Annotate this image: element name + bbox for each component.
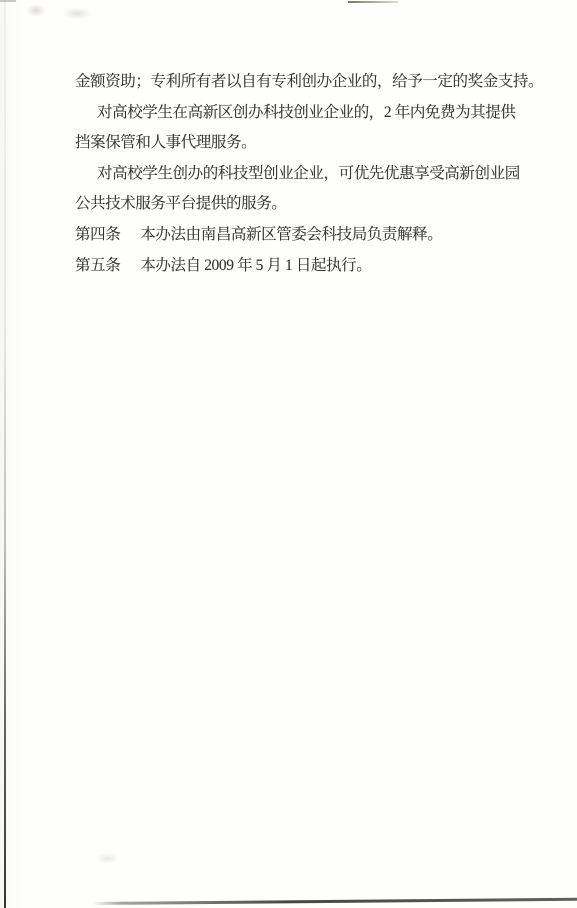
text-line: 对高校学生创办的科技型创业企业，可优先优惠享受高新创业园 [75, 159, 545, 190]
scan-artifact-smudge [26, 4, 46, 17]
text-line: 挡案保管和人事代理服务。 [75, 128, 545, 159]
scan-artifact-smudge [63, 7, 91, 20]
scan-artifact-page-left-edge [4, 0, 6, 908]
text-line: 对高校学生在高新区创办科技创业企业的，2 年内免费为其提供 [75, 98, 545, 129]
text-line-continuation: 金额资助；专利所有者以自有专利创办企业的，给予一定的奖金支持。 [75, 67, 545, 98]
clause-number: 第四条 [75, 220, 120, 251]
clause-text: 本办法自 2009 年 5 月 1 日起执行。 [140, 257, 371, 274]
clause-text: 本办法由南昌高新区管委会科技局负责解释。 [140, 226, 442, 243]
clause-line-5: 第五条本办法自 2009 年 5 月 1 日起执行。 [75, 251, 545, 282]
scanned-document-page: 金额资助；专利所有者以自有专利创办企业的，给予一定的奖金支持。 对高校学生在高新… [0, 0, 577, 908]
scan-artifact-page-bottom-edge [92, 898, 577, 905]
scan-artifact-top-left-line [0, 0, 16, 2]
text-line: 公共技术服务平台提供的服务。 [75, 189, 545, 220]
clause-number: 第五条 [75, 251, 120, 282]
scan-artifact-smudge [95, 853, 119, 864]
clause-line-4: 第四条本办法由南昌高新区管委会科技局负责解释。 [75, 220, 545, 251]
scan-artifact-top-line [348, 1, 398, 3]
document-text-block: 金额资助；专利所有者以自有专利创办企业的，给予一定的奖金支持。 对高校学生在高新… [75, 67, 545, 281]
